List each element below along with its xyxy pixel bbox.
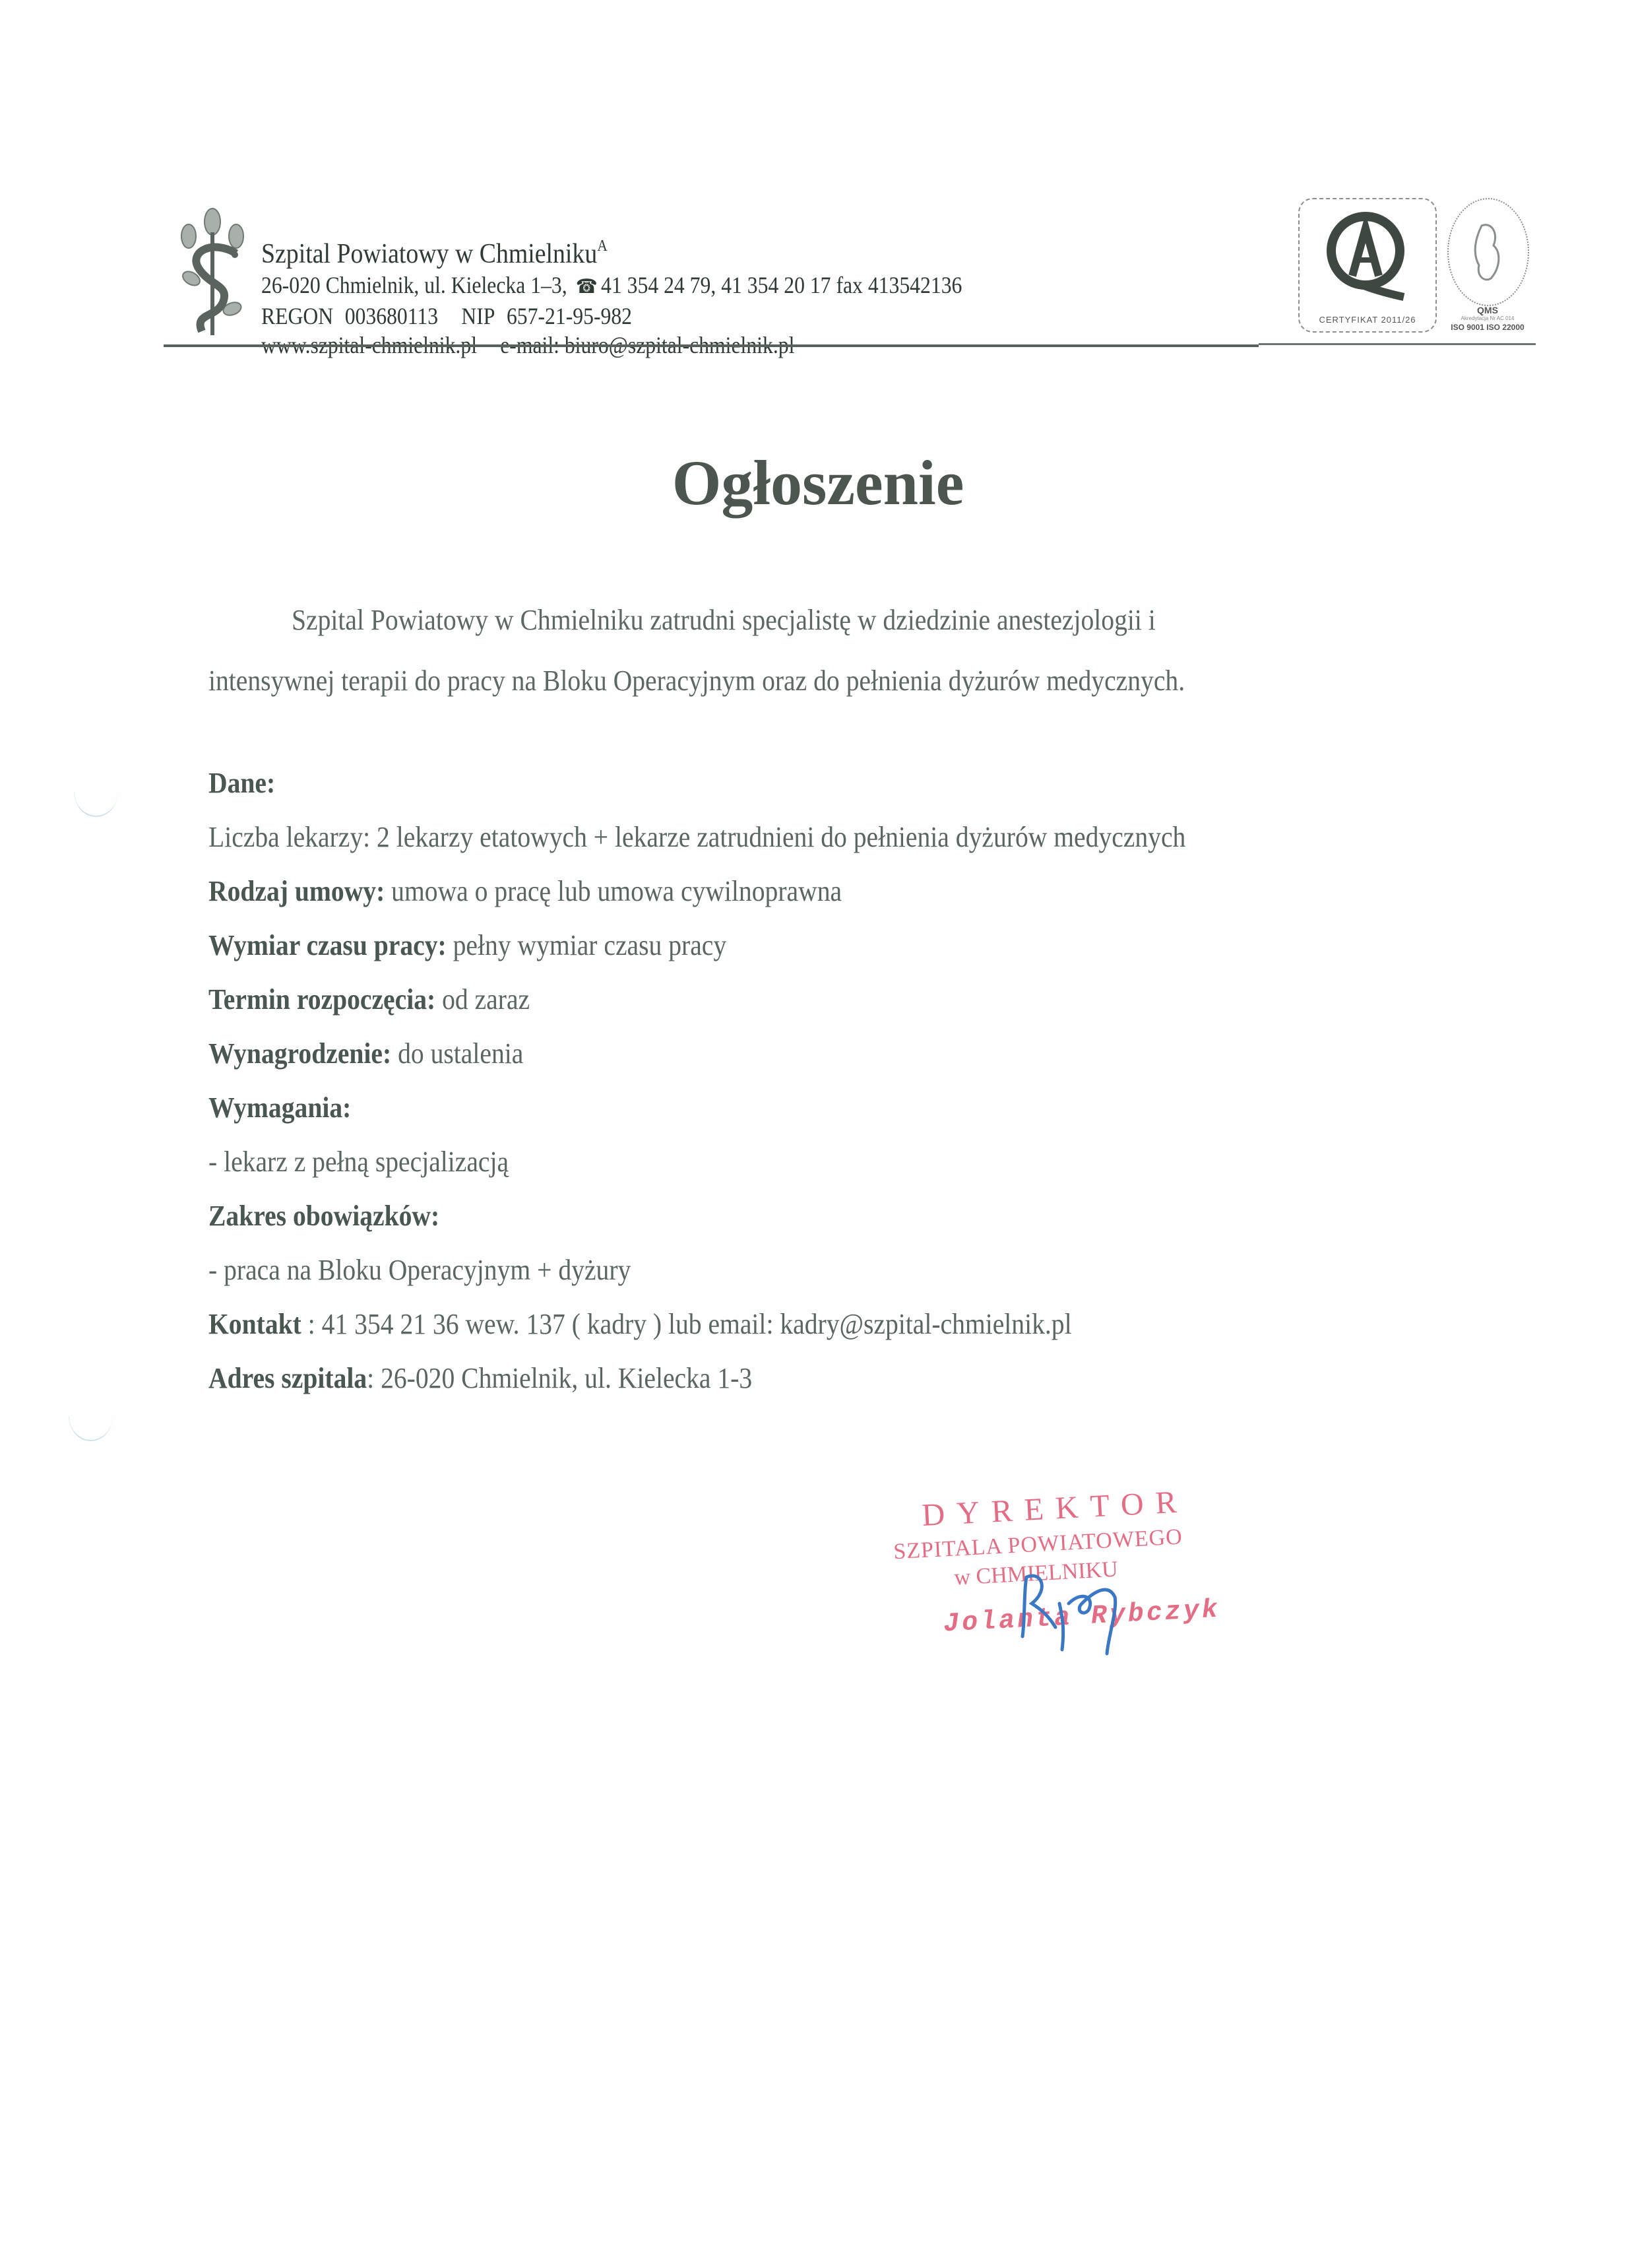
address-phone-line: 26-020 Chmielnik, ul. Kielecka 1–3, ☎41 … bbox=[261, 271, 962, 302]
document-page: Szpital Powiatowy w ChmielnikuA 26-020 C… bbox=[0, 0, 1636, 2268]
duties-item: - praca na Bloku Operacyjnym + dyżury bbox=[208, 1243, 1337, 1297]
start-date: Termin rozpoczęcia: od zaraz bbox=[208, 973, 1337, 1027]
quality-certificate: CERTYFIKAT 2011/26 bbox=[1298, 198, 1437, 333]
duties-heading: Zakres obowiązków: bbox=[208, 1189, 1337, 1243]
registry-line: REGON003680113NIP657-21-95-982 bbox=[261, 302, 962, 331]
qms-block: QMS Akredytacja Nr AC 014 ISO 9001 ISO 2… bbox=[1438, 305, 1537, 333]
doctors-count: Liczba lekarzy: 2 lekarzy etatowych + le… bbox=[208, 810, 1337, 864]
telephone-icon: ☎ bbox=[576, 273, 598, 302]
intro-line-2: intensywnej terapii do pracy na Bloku Op… bbox=[208, 651, 1325, 711]
salary: Wynagrodzenie: do ustalenia bbox=[208, 1027, 1337, 1081]
punch-hole-top bbox=[74, 792, 118, 817]
requirements-heading: Wymagania: bbox=[208, 1081, 1337, 1135]
dane-heading: Dane: bbox=[208, 756, 1337, 810]
hospital-name: Szpital Powiatowy w ChmielnikuA bbox=[261, 230, 978, 271]
quality-seal-icon bbox=[1447, 198, 1529, 306]
header-divider-right bbox=[1259, 343, 1536, 345]
intro-line-1: Szpital Powiatowy w Chmielniku zatrudni … bbox=[208, 590, 1325, 651]
intro-paragraph: Szpital Powiatowy w Chmielniku zatrudni … bbox=[208, 590, 1449, 711]
signature-icon bbox=[996, 1564, 1128, 1656]
certificate-label: CERTYFIKAT 2011/26 bbox=[1300, 315, 1435, 325]
q-certificate-icon bbox=[1319, 210, 1412, 302]
contract-type: Rodzaj umowy: umowa o pracę lub umowa cy… bbox=[208, 864, 1337, 919]
caduceus-icon bbox=[173, 206, 252, 338]
letterhead: Szpital Powiatowy w ChmielnikuA 26-020 C… bbox=[261, 230, 1057, 360]
punch-hole-bottom bbox=[69, 1416, 113, 1441]
work-time: Wymiar czasu pracy: pełny wymiar czasu p… bbox=[208, 919, 1337, 973]
seal-figure-icon bbox=[1462, 212, 1515, 292]
header-divider bbox=[164, 344, 1259, 347]
contact: Kontakt : 41 354 21 36 wew. 137 ( kadry … bbox=[208, 1297, 1337, 1351]
job-details: Dane: Liczba lekarzy: 2 lekarzy etatowyc… bbox=[208, 756, 1462, 1406]
requirements-item: - lekarz z pełną specjalizacją bbox=[208, 1135, 1337, 1189]
hospital-address: Adres szpitala: 26-020 Chmielnik, ul. Ki… bbox=[208, 1351, 1337, 1406]
page-title: Ogłoszenie bbox=[0, 443, 1636, 523]
